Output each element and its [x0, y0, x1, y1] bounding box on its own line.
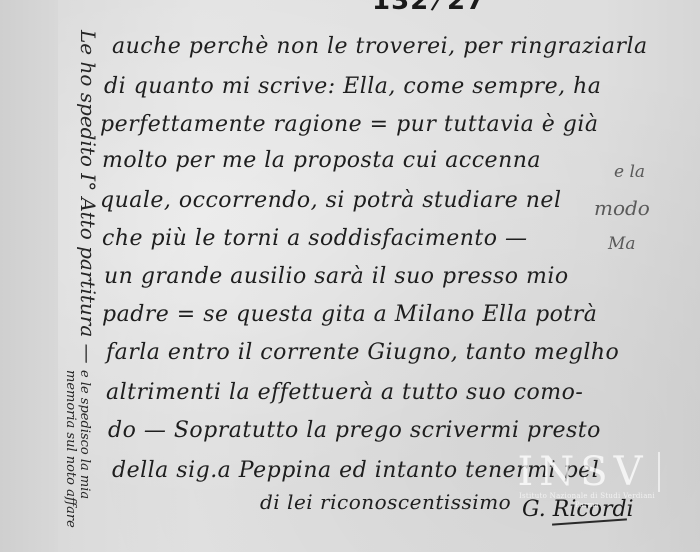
body-line-10: altrimenti la effettuerà a tutto suo com…	[106, 380, 583, 405]
body-line-6: che più le torni a soddisfacimento —	[102, 226, 528, 251]
paper-left-edge	[0, 0, 58, 552]
folio-number: 132/27	[372, 0, 485, 16]
body-line-5: quale, occorrendo, si potrà studiare nel	[100, 188, 561, 213]
pencil-addition-1: e la	[614, 162, 645, 182]
folio-right: 27	[447, 0, 485, 16]
body-line-closing: di lei riconoscentissimo	[260, 490, 511, 514]
body-line-12: della sig.a Peppina ed intanto tenermi p…	[112, 458, 599, 483]
pencil-addition-3: Ma	[608, 234, 636, 254]
body-line-7: un grande ausilio sarà il suo presso mio	[104, 264, 569, 289]
margin-note-secondary-1: e le spedisco la mia	[77, 370, 92, 499]
body-line-11: do — Sopratutto la prego scrivermi prest…	[108, 418, 601, 443]
body-line-9: farla entro il corrente Giugno, tanto me…	[106, 340, 619, 365]
margin-note-secondary-2: memoria sul noto affare	[63, 370, 78, 528]
folio-left: 132	[372, 0, 429, 16]
body-line-8: padre = se questa gita a Milano Ella pot…	[102, 302, 597, 327]
pencil-addition-2: modo	[594, 196, 650, 220]
body-line-1: auche perchè non le troverei, per ringra…	[112, 34, 648, 59]
body-line-3: perfettamente ragione = pur tuttavia è g…	[100, 112, 598, 137]
margin-note-main: Le ho spedito I° Atto partitura —	[76, 30, 100, 364]
body-line-4: molto per me la proposta cui accenna	[102, 148, 541, 173]
body-line-2: di quanto mi scrive: Ella, come sempre, …	[104, 74, 601, 99]
folio-separator: /	[430, 0, 447, 17]
